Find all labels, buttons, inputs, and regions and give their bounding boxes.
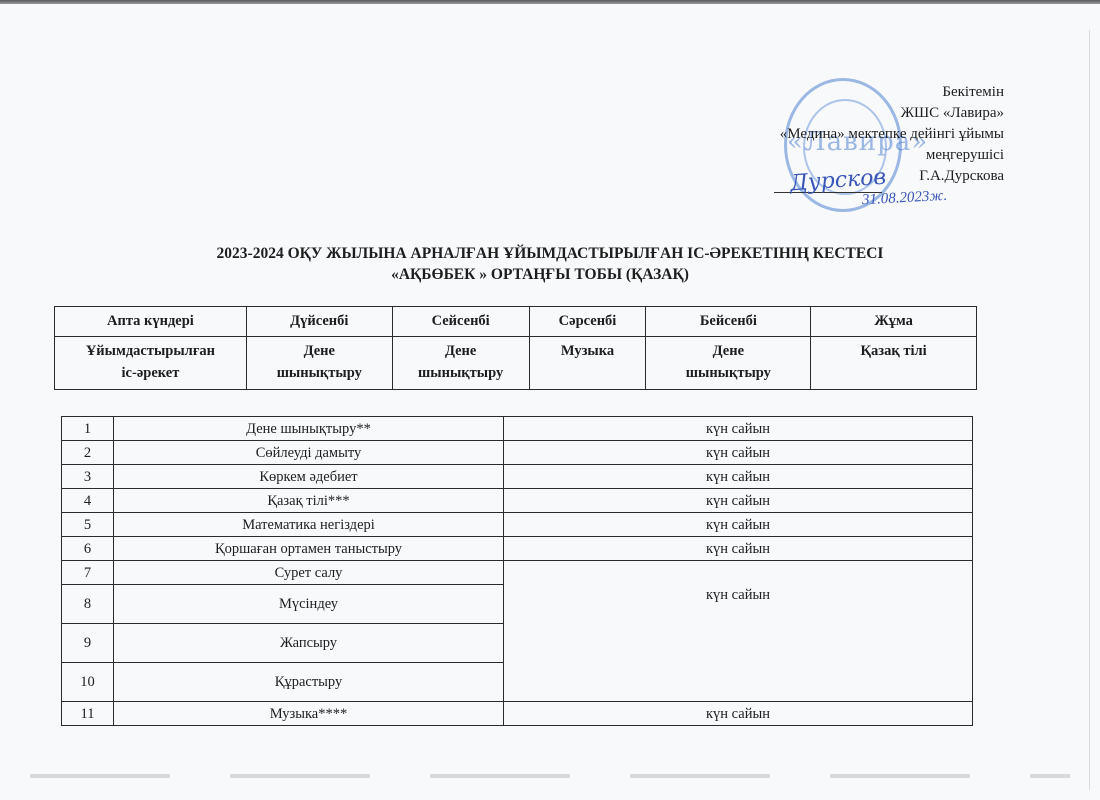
table-row: 2 Сөйлеуді дамыту күн сайын bbox=[62, 441, 973, 465]
approval-line-approve: Бекітемін bbox=[780, 82, 1004, 103]
subject-frequency: күн сайын bbox=[504, 537, 973, 561]
approval-line-position: меңгерушісі bbox=[780, 145, 1004, 166]
activity-label: Ұйымдастырылған іс-әрекет bbox=[55, 337, 247, 390]
subject-frequency-merged: күн сайын bbox=[504, 561, 973, 702]
subject-name: Қазақ тілі*** bbox=[114, 489, 504, 513]
header-thursday: Бейсенбі bbox=[646, 307, 811, 337]
signature-date: 31.08.2023ж. bbox=[862, 188, 948, 209]
table-row: 3 Көркем әдебиет күн сайын bbox=[62, 465, 973, 489]
approval-line-org: «Медина» мектепке дейінгі ұйымы bbox=[780, 124, 1004, 145]
document-title: 2023-2024 ОҚУ ЖЫЛЫНА АРНАЛҒАН ҰЙЫМДАСТЫР… bbox=[100, 243, 1000, 264]
schedule-header-row: Апта күндері Дүйсенбі Сейсенбі Сәрсенбі … bbox=[55, 307, 977, 337]
subject-frequency: күн сайын bbox=[504, 702, 973, 726]
subject-name: Қоршаған ортамен таныстыру bbox=[114, 537, 504, 561]
subject-name: Сурет салу bbox=[114, 561, 504, 585]
thursday-activity-line1: Дене bbox=[646, 340, 810, 362]
thursday-activity: Дене шынықтыру bbox=[646, 337, 811, 390]
table-row: 1 Дене шынықтыру** күн сайын bbox=[62, 417, 973, 441]
row-number: 7 bbox=[62, 561, 114, 585]
subject-frequency: күн сайын bbox=[504, 513, 973, 537]
activity-label-line2: іс-әрекет bbox=[55, 362, 246, 384]
wednesday-activity-line1: Музыка bbox=[530, 340, 646, 362]
table-row: 5 Математика негіздері күн сайын bbox=[62, 513, 973, 537]
subject-name: Сөйлеуді дамыту bbox=[114, 441, 504, 465]
table-row: 7 Сурет салу күн сайын bbox=[62, 561, 973, 585]
scan-top-edge bbox=[0, 0, 1100, 4]
table-row: 4 Қазақ тілі*** күн сайын bbox=[62, 489, 973, 513]
document-subtitle: «АҚБӨБЕК » ОРТАҢҒЫ ТОБЫ (ҚАЗАҚ) bbox=[90, 264, 990, 285]
wednesday-activity: Музыка bbox=[529, 337, 646, 390]
row-number: 2 bbox=[62, 441, 114, 465]
row-number: 3 bbox=[62, 465, 114, 489]
schedule-activity-row: Ұйымдастырылған іс-әрекет Дене шынықтыру… bbox=[55, 337, 977, 390]
header-monday: Дүйсенбі bbox=[246, 307, 392, 337]
subject-name: Дене шынықтыру** bbox=[114, 417, 504, 441]
row-number: 4 bbox=[62, 489, 114, 513]
table-row: 6 Қоршаған ортамен таныстыру күн сайын bbox=[62, 537, 973, 561]
page-edge bbox=[1089, 30, 1090, 790]
thursday-activity-line2: шынықтыру bbox=[646, 362, 810, 384]
friday-activity-line1: Қазақ тілі bbox=[811, 340, 976, 362]
subject-frequency: күн сайын bbox=[504, 417, 973, 441]
monday-activity-line2: шынықтыру bbox=[247, 362, 392, 384]
row-number: 9 bbox=[62, 624, 114, 663]
activity-label-line1: Ұйымдастырылған bbox=[55, 340, 246, 362]
approval-line-company: ЖШС «Лавира» bbox=[780, 103, 1004, 124]
row-number: 5 bbox=[62, 513, 114, 537]
table-row: 11 Музыка**** күн сайын bbox=[62, 702, 973, 726]
row-number: 6 bbox=[62, 537, 114, 561]
subject-name: Көркем әдебиет bbox=[114, 465, 504, 489]
monday-activity: Дене шынықтыру bbox=[246, 337, 392, 390]
subject-frequency: күн сайын bbox=[504, 489, 973, 513]
subject-frequency: күн сайын bbox=[504, 465, 973, 489]
subject-name: Құрастыру bbox=[114, 663, 504, 702]
scan-artifact bbox=[30, 774, 1070, 778]
header-wednesday: Сәрсенбі bbox=[529, 307, 646, 337]
row-number: 8 bbox=[62, 585, 114, 624]
tuesday-activity-line1: Дене bbox=[393, 340, 529, 362]
row-number: 11 bbox=[62, 702, 114, 726]
header-tuesday: Сейсенбі bbox=[392, 307, 529, 337]
subject-name: Жапсыру bbox=[114, 624, 504, 663]
row-number: 1 bbox=[62, 417, 114, 441]
subject-frequency: күн сайын bbox=[504, 441, 973, 465]
subject-name: Мүсіндеу bbox=[114, 585, 504, 624]
tuesday-activity-line2: шынықтыру bbox=[393, 362, 529, 384]
header-friday: Жұма bbox=[811, 307, 977, 337]
subject-name: Музыка**** bbox=[114, 702, 504, 726]
header-weekdays: Апта күндері bbox=[55, 307, 247, 337]
row-number: 10 bbox=[62, 663, 114, 702]
tuesday-activity: Дене шынықтыру bbox=[392, 337, 529, 390]
weekly-schedule-table: Апта күндері Дүйсенбі Сейсенбі Сәрсенбі … bbox=[54, 306, 977, 390]
monday-activity-line1: Дене bbox=[247, 340, 392, 362]
subject-name: Математика негіздері bbox=[114, 513, 504, 537]
subjects-table: 1 Дене шынықтыру** күн сайын 2 Сөйлеуді … bbox=[61, 416, 973, 726]
friday-activity: Қазақ тілі bbox=[811, 337, 977, 390]
